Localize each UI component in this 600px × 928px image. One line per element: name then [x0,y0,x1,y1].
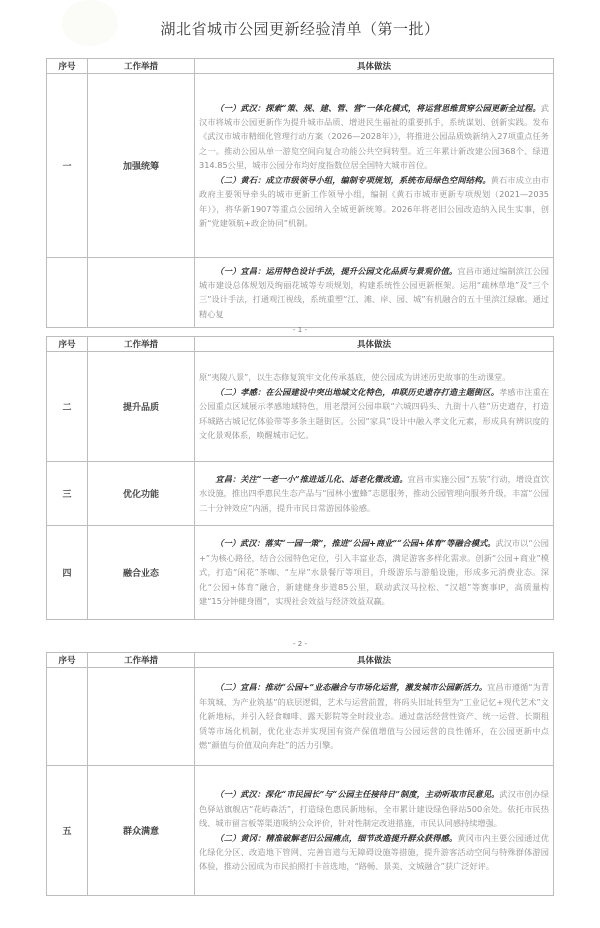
table-row: （一）宜昌：运用特色设计手法，提升公园文化品质与景观价值。宜昌市通过编制滨江公园… [47,258,554,328]
measures-table-page-1: 序号 工作举措 具体做法 一 加强统筹 （一）武汉：探索“策、规、建、管、营”一… [46,58,554,328]
row-number [47,258,88,328]
table-row: 二 提升品质 原“夷陵八景”，以生态修复筑牢文化传承基底，使公园成为讲述历史故事… [47,352,554,462]
row-practice: （二）宜昌：推动“公园+”业态融合与市场化运营，激发城市公园新活力。宜昌市遵循“… [195,668,554,766]
practice-paragraph: （一）武汉：深化“市民园长”与“公园主任接待日”制度，主动听取市民意见。武汉市创… [199,787,549,830]
col-header-measure: 工作举措 [88,653,195,668]
row-practice: 原“夷陵八景”，以生态修复筑牢文化传承基底，使公园成为讲述历史故事的生动课堂。 … [195,352,554,462]
row-practice: （一）武汉：探索“策、规、建、管、营”一体化模式，将运营思维贯穿公园更新全过程。… [195,74,554,258]
row-number: 三 [47,462,88,526]
row-measure: 群众满意 [88,766,195,896]
col-header-measure: 工作举措 [88,337,195,352]
practice-paragraph: （一）武汉：落实“一园一策”，推进“公园+商业”“公园+体育”等融合模式。武汉市… [199,536,549,608]
practice-paragraph: （二）黄冈：精准破解老旧公园痛点，细节改造提升群众获得感。黄冈市内主要公园通过优… [199,831,549,874]
measures-table-page-2: 序号 工作举措 具体做法 二 提升品质 原“夷陵八景”，以生态修复筑牢文化传承基… [46,336,554,620]
table-row: 五 群众满意 （一）武汉：深化“市民园长”与“公园主任接待日”制度，主动听取市民… [47,766,554,896]
col-header-number: 序号 [47,337,88,352]
table-header-row: 序号 工作举措 具体做法 [47,59,554,74]
col-header-practice: 具体做法 [195,337,554,352]
row-practice: （一）武汉：落实“一园一策”，推进“公园+商业”“公园+体育”等融合模式。武汉市… [195,526,554,620]
col-header-number: 序号 [47,653,88,668]
table-row: （二）宜昌：推动“公园+”业态融合与市场化运营，激发城市公园新活力。宜昌市遵循“… [47,668,554,766]
document-title: 湖北省城市公园更新经验清单（第一批） [0,18,600,39]
row-number: 二 [47,352,88,462]
practice-paragraph: （一）宜昌：运用特色设计手法，提升公园文化品质与景观价值。宜昌市通过编制滨江公园… [199,264,549,322]
practice-paragraph: 原“夷陵八景”，以生态修复筑牢文化传承基底，使公园成为讲述历史故事的生动课堂。 [199,370,549,384]
row-number [47,668,88,766]
row-practice: （一）武汉：深化“市民园长”与“公园主任接待日”制度，主动听取市民意见。武汉市创… [195,766,554,896]
row-measure: 优化功能 [88,462,195,526]
practice-paragraph: （二）黄石：成立市级领导小组，编制专项规划，系统布局绿色空间结构。黄石市成立由市… [199,173,549,231]
row-measure: 融合业态 [88,526,195,620]
row-number: 一 [47,74,88,258]
row-measure [88,668,195,766]
row-number: 四 [47,526,88,620]
table-row: 三 优化功能 宜昌：关注“一老一小”推进适儿化、适老化微改造。宜昌市实施公园“五… [47,462,554,526]
page-number: - 1 - [0,326,600,334]
row-measure: 加强统筹 [88,74,195,258]
col-header-practice: 具体做法 [195,59,554,74]
row-measure: 提升品质 [88,352,195,462]
col-header-practice: 具体做法 [195,653,554,668]
practice-paragraph: （一）武汉：探索“策、规、建、管、营”一体化模式，将运营思维贯穿公园更新全过程。… [199,101,549,173]
col-header-measure: 工作举措 [88,59,195,74]
practice-paragraph: （二）孝感：在公园建设中突出地域文化特色，串联历史遗存打造主题街区。孝感市注重在… [199,385,549,443]
table-header-row: 序号 工作举措 具体做法 [47,337,554,352]
table-row: 一 加强统筹 （一）武汉：探索“策、规、建、管、营”一体化模式，将运营思维贯穿公… [47,74,554,258]
practice-paragraph: 宜昌：关注“一老一小”推进适儿化、适老化微改造。宜昌市实施公园“五装”行动，增设… [199,472,549,515]
practice-paragraph: （二）宜昌：推动“公园+”业态融合与市场化运营，激发城市公园新活力。宜昌市遵循“… [199,680,549,752]
table-row: 四 融合业态 （一）武汉：落实“一园一策”，推进“公园+商业”“公园+体育”等融… [47,526,554,620]
row-practice: （一）宜昌：运用特色设计手法，提升公园文化品质与景观价值。宜昌市通过编制滨江公园… [195,258,554,328]
page-number: - 2 - [0,640,600,648]
row-practice: 宜昌：关注“一老一小”推进适儿化、适老化微改造。宜昌市实施公园“五装”行动，增设… [195,462,554,526]
row-measure [88,258,195,328]
table-header-row: 序号 工作举措 具体做法 [47,653,554,668]
measures-table-page-3: 序号 工作举措 具体做法 （二）宜昌：推动“公园+”业态融合与市场化运营，激发城… [46,652,554,896]
col-header-number: 序号 [47,59,88,74]
row-number: 五 [47,766,88,896]
